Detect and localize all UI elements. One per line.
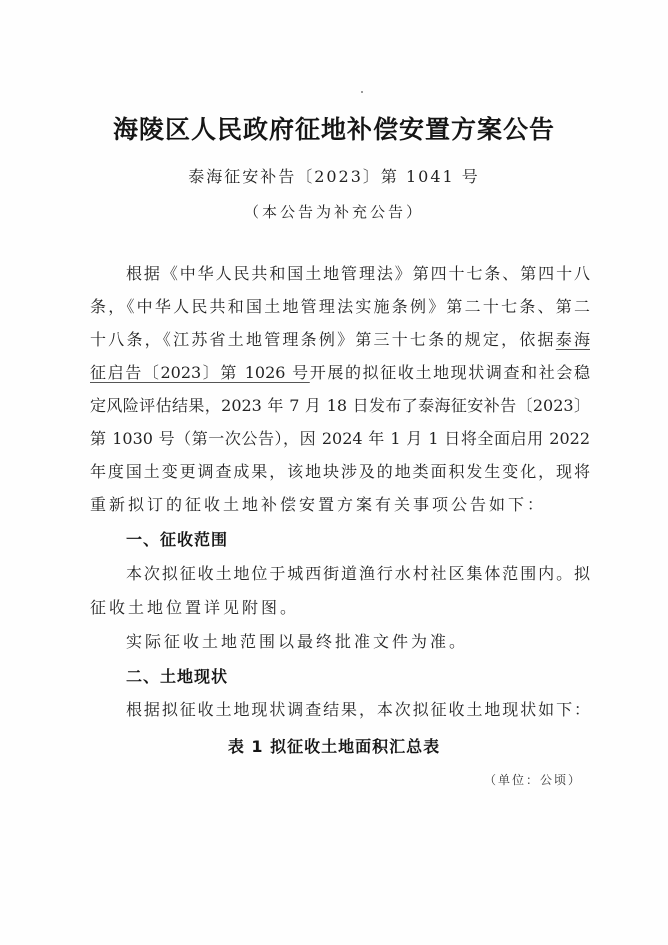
document-number: 泰海征安补告〔2023〕第 1041 号 <box>0 164 668 187</box>
reference-link-start[interactable]: 泰海 <box>556 330 590 349</box>
intro-line-8: 重新拟订的征收土地补偿安置方案有关事项公告如下： <box>90 493 590 517</box>
document-page: 海陵区人民政府征地补偿安置方案公告 泰海征安补告〔2023〕第 1041 号 （… <box>0 0 668 945</box>
intro-line-4: 征启告〔2023〕第 1026 号开展的拟征收土地现状调查和社会稳 <box>90 361 590 385</box>
intro-line-6: 第 1030 号（第一次公告），因 2024 年 1 月 1 日将全面启用 20… <box>90 427 590 451</box>
intro-line-3-text: 十八条，《江苏省土地管理条例》第三十七条的规定，依据 <box>90 330 556 349</box>
table-title: 表 1 拟征收土地面积汇总表 <box>0 734 668 757</box>
scope-line-2: 征收土地位置详见附图。 <box>90 596 590 620</box>
intro-line-4-text: 开展的拟征收土地现状调查和社会稳 <box>310 363 590 382</box>
section-heading-land-status: 二、土地现状 <box>126 664 228 687</box>
scope-line-1: 本次拟征收土地位于城西街道渔行水村社区集体范围内。拟 <box>126 562 590 586</box>
scan-speck <box>361 91 363 93</box>
intro-line-2: 条，《中华人民共和国土地管理法实施条例》第二十七条、第二 <box>90 295 590 319</box>
intro-line-7: 年度国土变更调查成果，该地块涉及的地类面积发生变化，现将 <box>90 460 590 484</box>
supplement-note: （本公告为补充公告） <box>0 201 668 222</box>
intro-line-1: 根据《中华人民共和国土地管理法》第四十七条、第四十八 <box>126 262 590 286</box>
section-heading-scope: 一、征收范围 <box>126 527 228 550</box>
reference-link[interactable]: 征启告〔2023〕第 1026 号 <box>90 363 310 382</box>
scope-line-3: 实际征收土地范围以最终批准文件为准。 <box>126 630 590 654</box>
document-title: 海陵区人民政府征地补偿安置方案公告 <box>0 110 668 146</box>
land-status-line-1: 根据拟征收土地现状调查结果，本次拟征收土地现状如下： <box>126 698 590 722</box>
intro-line-3: 十八条，《江苏省土地管理条例》第三十七条的规定，依据泰海 <box>90 328 590 352</box>
table-unit: （单位：公顷） <box>484 771 582 788</box>
intro-line-5: 定风险评估结果，2023 年 7 月 18 日发布了泰海征安补告〔2023〕 <box>90 394 590 418</box>
